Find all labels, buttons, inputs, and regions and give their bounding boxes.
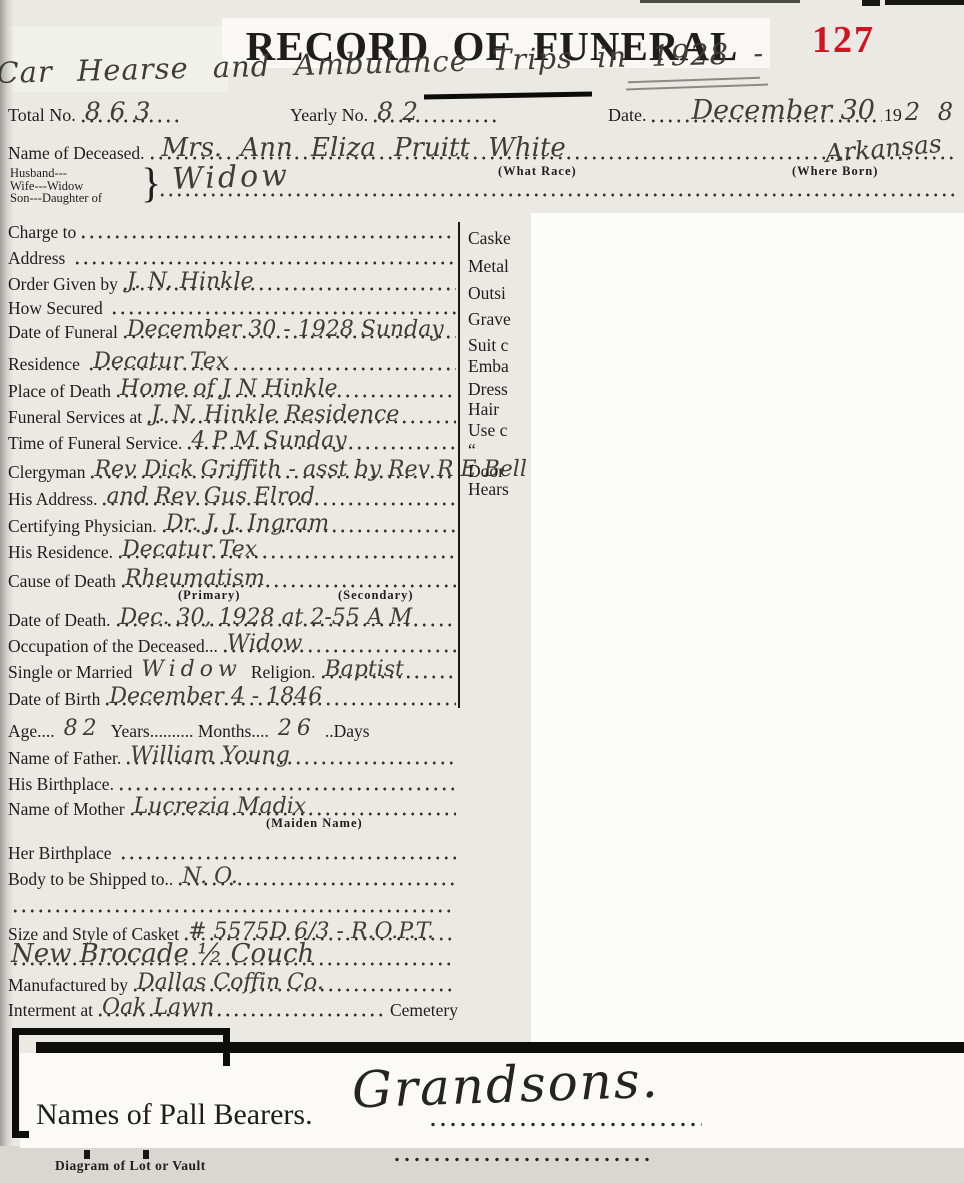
field-label: His Address. [8,490,97,508]
field-label: Address [8,249,70,267]
deceased-name-value: Mrs. Ann Eliza Pruitt White [162,133,566,163]
field-label: Funeral Services at [8,408,142,426]
field-handwritten-value: Oak Lawn [102,995,214,1020]
form-field-row: Funeral Services atJ. N. Hinkle Residenc… [8,400,458,426]
dot-leader [73,259,456,266]
field-label: His Birthplace. [8,775,114,793]
form-field-row: Order Given byJ. N. Hinkle [8,267,458,293]
diagram-frame-left [12,1028,19,1138]
yearly-no-row: Yearly No. 82 [290,99,498,125]
total-no-label: Total No. [8,106,76,125]
form-field-row: Charge to [8,215,458,241]
field-label: Time of Funeral Service. [8,434,182,452]
page-number: 127 [812,18,875,62]
field-label: Date of Funeral [8,323,118,341]
form-field-row: ClergymanRev Dick Griffith - asst by Rev… [8,455,458,481]
right-column-label: Outsi [468,283,506,304]
dot-leader: Dr. J. J. Ingram [160,527,456,534]
field-handwritten-value: Rev Dick Griffith - asst by Rev R E Bell [94,457,526,482]
form-field-row: Occupation of the Deceased...Widow [8,629,458,655]
field-label: Residence [8,355,84,373]
form-field-row: Single or MarriedWidowReligion.Baptist [8,655,458,681]
form-field-row: Place of DeathHome of J N Hinkle [8,374,458,400]
field-handwritten-value: 4 P M Sunday [191,428,346,453]
yearly-no-value: 82 [377,97,427,126]
dot-leader: Rev Dick Griffith - asst by Rev R E Bell [88,473,456,480]
right-column-label: Caske [468,228,511,249]
dot-leader [392,1150,654,1163]
form-field-row: Interment atOak LawnCemetery [8,993,458,1019]
total-no-value: 863 [85,97,160,126]
form-field-row: Certifying Physician.Dr. J. J. Ingram [8,509,458,535]
dot-leader: December 30 [649,117,881,124]
field-label: His Residence. [8,543,113,561]
dot-leader: Widow [221,647,456,654]
top-edge-mark [640,0,800,3]
field-label: Single or Married [8,663,132,681]
form-field-row: Date of FuneralDecember 30 - 1928 Sunday [8,315,458,341]
form-field-row: Body to be Shipped to..N. O. [8,862,458,888]
right-column-label: Dress [468,379,508,400]
pall-bearers-label: Names of Pall Bearers. [36,1098,313,1132]
date-label: Date. [608,106,646,125]
field-label: Age.... [8,722,55,740]
field-label: ..Days [325,722,370,740]
dot-leader [11,907,456,914]
secondary-caption: (Secondary) [338,588,414,603]
field-handwritten-value: and Rev Gus Elrod [106,484,314,509]
field-handwritten-value: William Young [130,743,290,768]
date-value: December 30 [691,95,874,126]
dot-leader [158,185,958,198]
field-label: Place of Death [8,382,111,400]
relation-brace: } [141,160,161,208]
field-handwritten-value: 82 [64,716,102,741]
primary-caption: (Primary) [178,588,240,603]
form-field-row [8,889,458,915]
form-field-row: His Address.and Rev Gus Elrod [8,482,458,508]
field-handwritten-value: J. N. Hinkle Residence [151,402,399,427]
field-label: Interment at [8,1001,93,1019]
form-field-row: Manufactured byDallas Coffin Co. [8,968,458,994]
right-column-label: Use c [468,420,507,441]
funeral-record-sheet: RECORD OF FUNERAL 127 Car Hearse and Amb… [0,0,964,1183]
form-field-row: How Secured [8,291,458,317]
field-handwritten-value: Baptist [325,657,404,682]
date-row: Date. December 30 19 2 8 [608,99,958,125]
field-handwritten-value: December 4 - 1846 [109,684,322,709]
right-column-label: Hears [468,479,509,500]
dot-leader: N. O. [176,880,456,887]
dot-leader [119,854,456,861]
diagram-frame-corner [223,1028,230,1066]
relation-label-line: Son---Daughter of [10,192,102,205]
field-label: Occupation of the Deceased... [8,637,218,655]
dot-leader: William Young [124,759,456,766]
field-handwritten-value: December 30 - 1928 Sunday [127,317,444,342]
pencil-strike [628,77,760,84]
right-column-rule [458,222,460,708]
date-printed-year: 19 [884,106,902,125]
right-column-label: Hair [468,399,499,420]
field-handwritten-value: Widow [227,631,302,656]
dot-leader: 863 [79,117,184,124]
field-label: Years.......... Months.... [111,722,269,740]
top-edge-mark [862,0,880,6]
dot-leader: Dec. 30, 1928 at 2-55 A M [114,621,456,628]
separator-bar [36,1042,964,1053]
field-label: Cause of Death [8,572,116,590]
dot-leader: Baptist [319,673,457,680]
right-column-label: Suit c [468,335,508,356]
form-field-row: Name of MotherLucrezia Madix(Maiden Name… [8,792,458,818]
dot-leader: Oak Lawn [96,1011,388,1018]
field-label-suffix: Cemetery [390,1001,458,1019]
diagram-frame-top [12,1028,230,1035]
field-label: Name of Father. [8,749,121,767]
form-field-row: Cause of DeathRheumatism(Primary)(Second… [8,564,458,590]
right-column-label: Metal [468,256,509,277]
field-handwritten-value: Dallas Coffin Co. [137,970,324,995]
dot-leader [117,785,456,792]
field-handwritten-value: Dr. J. J. Ingram [166,511,329,536]
relation-label-block: Husband--- Wife---Widow Son---Daughter o… [10,167,102,205]
field-label: Her Birthplace [8,844,116,862]
dot-leader: New Brocade ½ Couch [11,960,456,967]
right-column-label: “ [468,440,476,461]
form-field-row: Name of Father.William Young [8,741,458,767]
field-handwritten-value: Widow [141,657,241,682]
form-field-row: New Brocade ½ Couch [8,942,458,968]
field-handwritten-value: Decatur Tex [122,537,257,562]
what-race-caption: (What Race) [498,164,577,179]
field-handwritten-value: 26 [278,716,316,741]
deceased-name-label: Name of Deceased. [8,144,145,162]
date-written-year: 2 8 [905,98,958,126]
form-field-row: Time of Funeral Service.4 P M Sunday [8,426,458,452]
field-label: Manufactured by [8,976,128,994]
right-column-label: Grave [468,309,511,330]
form-field-row: His Birthplace. [8,767,458,793]
field-handwritten-value: New Brocade ½ Couch [11,939,314,969]
white-overlay-sheet [531,213,964,1044]
dot-leader: December 30 - 1928 Sunday [121,333,456,340]
field-handwritten-value: N. O. [182,864,238,889]
field-label: Body to be Shipped to.. [8,870,173,888]
form-field-row: Date of BirthDecember 4 - 1846 [8,682,458,708]
maiden-name-caption: (Maiden Name) [266,816,363,831]
dot-leader: Decatur Tex [116,553,456,560]
where-born-value: Arkansas [824,129,943,168]
deceased-name-row: Name of Deceased. Mrs. Ann Eliza Pruitt … [8,136,956,162]
dot-leader: December 4 - 1846 [103,700,456,707]
form-field-row: Date of Death.Dec. 30, 1928 at 2-55 A M [8,603,458,629]
field-handwritten-value: Dec. 30, 1928 at 2-55 A M [120,605,413,630]
dot-leader: Home of J N Hinkle [114,392,456,399]
dot-leader [79,233,456,240]
relation-label-line: Husband--- [10,167,102,180]
field-label: Charge to [8,223,76,241]
right-column-label: Emba [468,356,509,377]
pall-bearers-value: Grandsons. [351,1051,660,1120]
where-born-caption: (Where Born) [792,164,878,179]
dot-leader: and Rev Gus Elrod [100,500,456,507]
field-label: Religion. [251,663,316,681]
field-label: Name of Mother [8,800,125,818]
field-label: Date of Birth [8,690,100,708]
dot-leader: 82 [371,117,496,124]
dot-leader: J. N. Hinkle Residence [145,418,456,425]
field-handwritten-value: Home of J N Hinkle [120,376,338,401]
field-label: Date of Death. [8,611,111,629]
form-field-row: His Residence.Decatur Tex [8,535,458,561]
field-label: Clergyman [8,463,85,481]
dot-leader: Decatur Tex [87,365,456,372]
top-edge-mark [885,0,964,5]
field-handwritten-value: Decatur Tex [93,349,228,374]
form-field-row: Residence Decatur Tex [8,347,458,373]
form-field-row: Age....82Years.......... Months....26..D… [8,714,458,740]
dot-leader: 4 P M Sunday [185,444,456,451]
diagram-frame-bottom-stub [12,1131,29,1138]
total-no-row: Total No. 863 [8,99,186,125]
yearly-no-label: Yearly No. [290,106,368,125]
diagram-of-lot-caption: Diagram of Lot or Vault [55,1158,206,1174]
form-field-row: Address [8,241,458,267]
pencil-strike [626,84,768,91]
form-field-row: Her Birthplace [8,836,458,862]
dot-leader: Dallas Coffin Co. [131,986,456,993]
field-label: Certifying Physician. [8,517,157,535]
